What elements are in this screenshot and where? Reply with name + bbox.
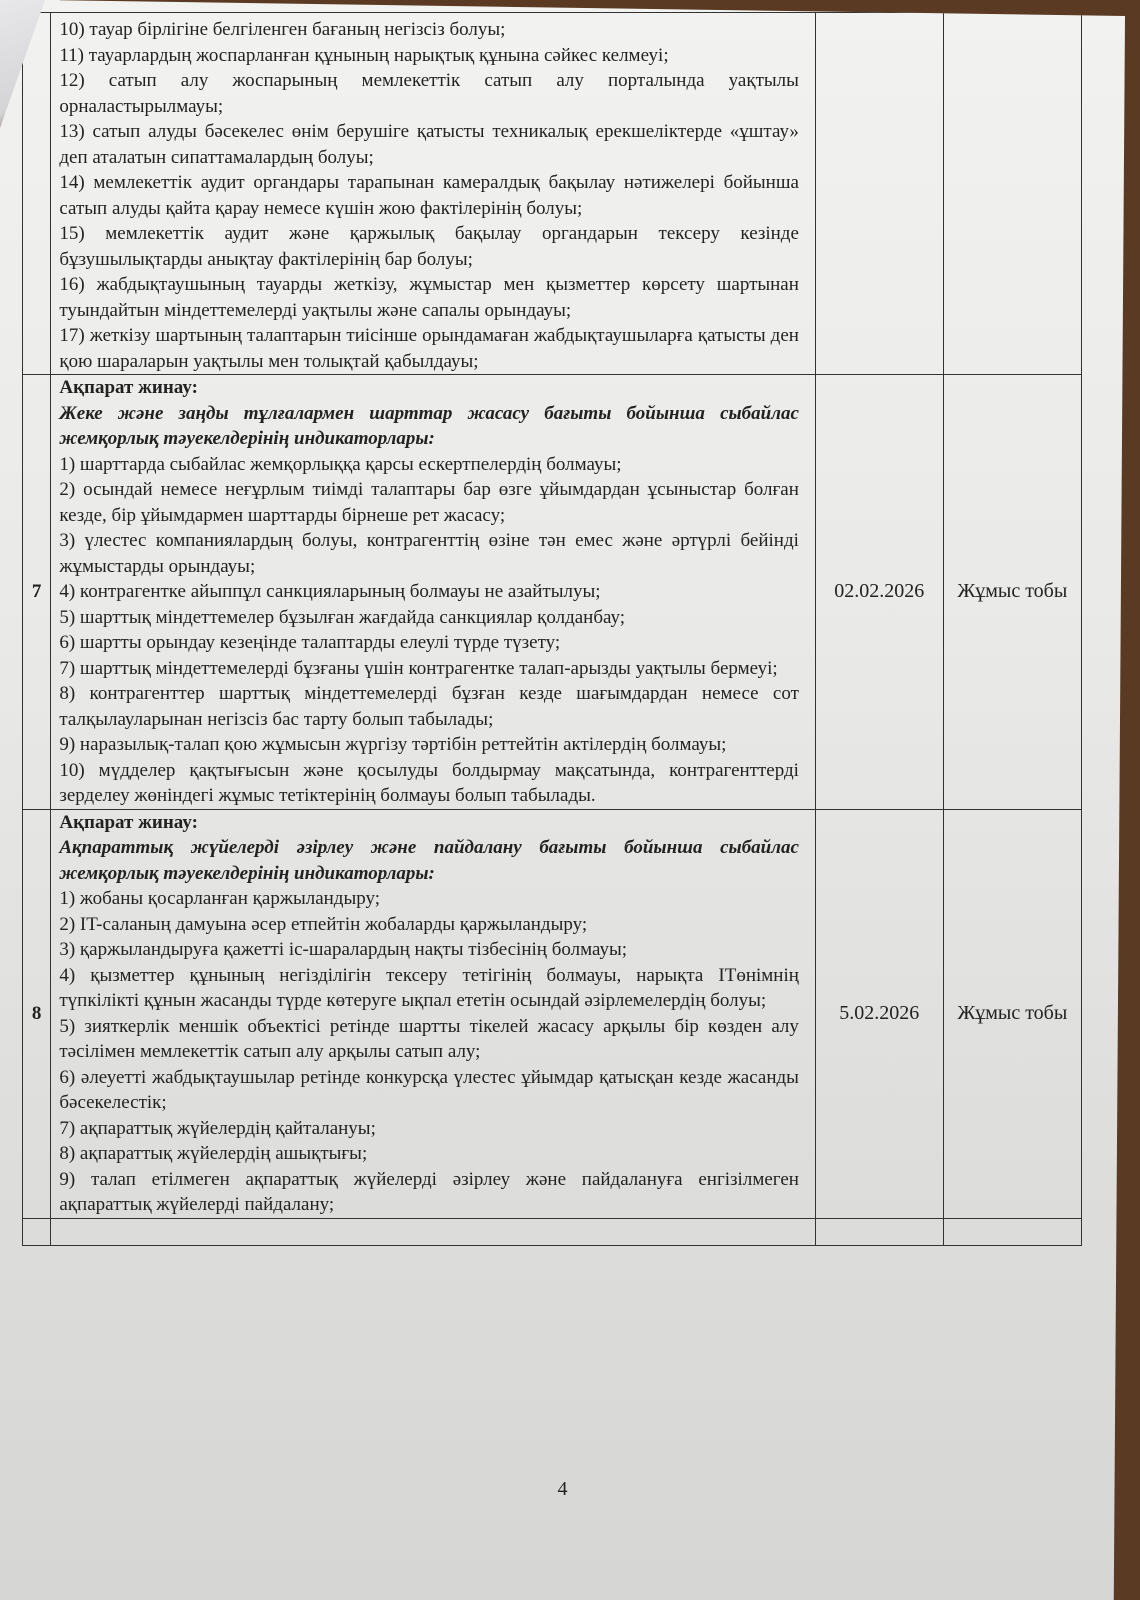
measure-description: Ақпарат жинау:Ақпараттық жүйелерді әзірл…	[51, 809, 816, 1218]
responsible-party: Жұмыс тобы	[943, 809, 1081, 1218]
empty-cell	[51, 1218, 816, 1245]
indicator-item: 3) қаржыландыруға қажетті іс-шаралардың …	[59, 937, 799, 963]
document-page: 10) тауар бірлігіне белгіленген бағаның …	[0, 0, 1125, 1600]
section-heading: Ақпарат жинау:	[59, 375, 799, 401]
measures-table: 10) тауар бірлігіне белгіленген бағаның …	[22, 12, 1082, 1246]
table-row: 8Ақпарат жинау:Ақпараттық жүйелерді әзір…	[23, 809, 1082, 1218]
empty-cell	[23, 1218, 51, 1245]
table-row: 7Ақпарат жинау:Жеке және заңды тұлғаларм…	[23, 375, 1082, 810]
indicator-item: 6) әлеуетті жабдықтаушылар ретінде конку…	[59, 1065, 799, 1116]
indicator-item: 5) зияткерлік меншік объектісі ретінде ш…	[59, 1014, 799, 1065]
indicator-item: 12) сатып алу жоспарының мемлекеттік сат…	[59, 68, 799, 119]
indicator-item: 10) тауар бірлігіне белгіленген бағаның …	[59, 17, 799, 43]
section-subheading: Жеке және заңды тұлғалармен шарттар жаса…	[59, 401, 799, 452]
indicator-item: 14) мемлекеттік аудит органдары тарапына…	[59, 170, 799, 221]
measure-description: 10) тауар бірлігіне белгіленген бағаның …	[51, 13, 816, 375]
indicator-item: 8) ақпараттық жүйелердің ашықтығы;	[59, 1141, 799, 1167]
page-number: 4	[0, 1478, 1125, 1501]
deadline-date: 5.02.2026	[815, 809, 943, 1218]
deadline-date: 02.02.2026	[815, 375, 943, 810]
indicator-item: 13) сатып алуды бәсекелес өнім берушіге …	[59, 119, 799, 170]
indicator-item: 4) қызметтер құнының негізділігін тексер…	[59, 963, 799, 1014]
indicator-item: 7) ақпараттық жүйелердің қайталануы;	[59, 1116, 799, 1142]
empty-cell	[943, 1218, 1081, 1245]
indicator-item: 10) мүдделер қақтығысын және қосылуды бо…	[59, 758, 799, 809]
indicator-item: 1) шарттарда сыбайлас жемқорлыққа қарсы …	[59, 452, 799, 478]
measure-description: Ақпарат жинау:Жеке және заңды тұлғаларме…	[51, 375, 816, 810]
section-subheading: Ақпараттық жүйелерді әзірлеу және пайдал…	[59, 835, 799, 886]
indicator-item: 3) үлестес компаниялардың болуы, контраг…	[59, 528, 799, 579]
indicator-item: 15) мемлекеттік аудит және қаржылық бақы…	[59, 221, 799, 272]
empty-cell	[815, 1218, 943, 1245]
indicator-item: 16) жабдықтаушының тауарды жеткізу, жұмы…	[59, 272, 799, 323]
row-number: 7	[23, 375, 51, 810]
indicator-item: 7) шарттық міндеттемелерді бұзғаны үшін …	[59, 656, 799, 682]
indicator-item: 1) жобаны қосарланған қаржыландыру;	[59, 886, 799, 912]
indicator-item: 4) контрагентке айыппұл санкцияларының б…	[59, 579, 799, 605]
indicator-item: 2) осындай немесе неғұрлым тиімді талапт…	[59, 477, 799, 528]
responsible-party: Жұмыс тобы	[943, 375, 1081, 810]
indicator-item: 9) талап етілмеген ақпараттық жүйелерді …	[59, 1167, 799, 1218]
responsible-party	[943, 13, 1081, 375]
indicator-item: 11) тауарлардың жоспарланған құнының нар…	[59, 43, 799, 69]
row-number	[23, 13, 51, 375]
row-number: 8	[23, 809, 51, 1218]
indicator-item: 17) жеткізу шартының талаптарын тиісінше…	[59, 323, 799, 374]
deadline-date	[815, 13, 943, 375]
indicator-item: 9) наразылық-талап қою жұмысын жүргізу т…	[59, 732, 799, 758]
indicator-item: 6) шартты орындау кезеңінде талаптарды е…	[59, 630, 799, 656]
empty-table-row	[23, 1218, 1082, 1245]
indicator-item: 2) IT-саланың дамуына әсер етпейтін жоба…	[59, 912, 799, 938]
indicator-item: 8) контрагенттер шарттық міндеттемелерді…	[59, 681, 799, 732]
indicator-item: 5) шарттық міндеттемелер бұзылған жағдай…	[59, 605, 799, 631]
section-heading: Ақпарат жинау:	[59, 810, 799, 836]
table-row: 10) тауар бірлігіне белгіленген бағаның …	[23, 13, 1082, 375]
